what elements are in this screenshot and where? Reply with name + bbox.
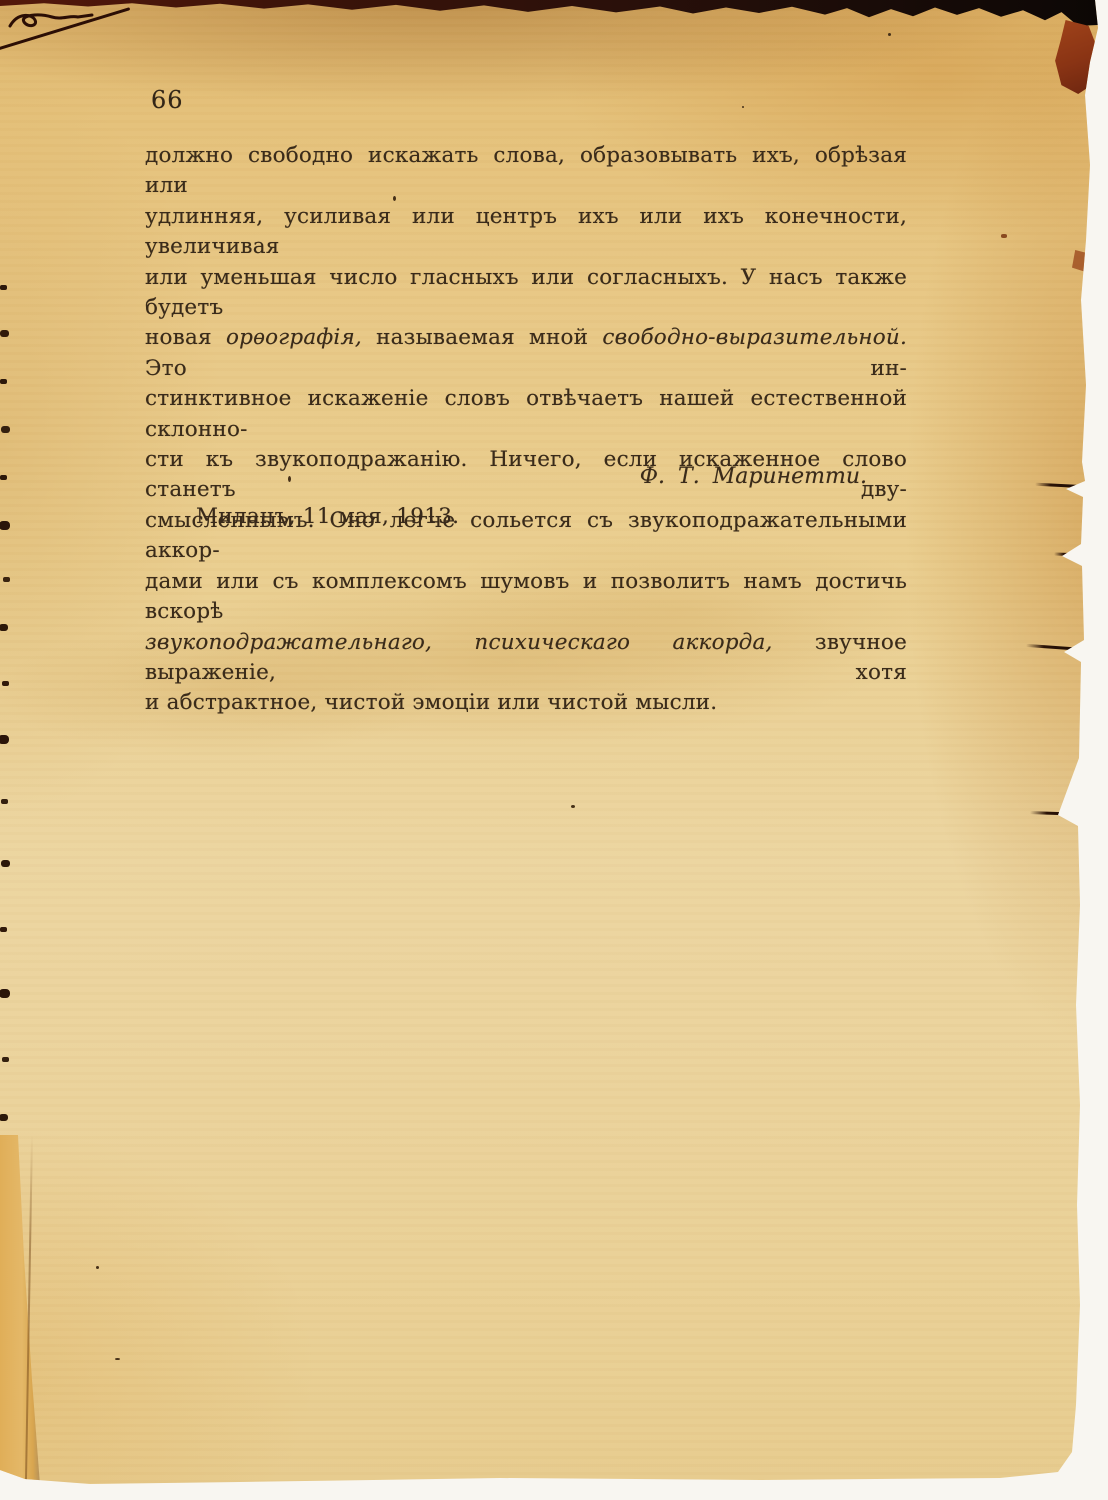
signature-line: Ф. Т. Маринетти.: [145, 464, 907, 489]
scanned-book-page: 66 должно свободно искажать слова, образ…: [0, 0, 1108, 1500]
torn-paper-chip: [1072, 250, 1088, 272]
text-line: удлинняя, усиливая или центръ ихъ или их…: [145, 202, 907, 263]
text-line: и абстрактное, чистой эмоціи или чистой …: [145, 688, 907, 718]
binding-edge-strip: [0, 0, 1100, 27]
page-number: 66: [151, 86, 184, 114]
edge-tear: [1026, 644, 1086, 651]
torn-paper-patch: [1053, 20, 1095, 94]
ink-speck: [96, 1266, 99, 1269]
paper-sheet: 66 должно свободно искажать слова, образ…: [0, 0, 1100, 1488]
ink-speck: [888, 33, 891, 36]
text-line: стинктивное искаженіе словъ отвѣчаетъ на…: [145, 384, 907, 445]
text-line: новая орѳографія, называемая мной свобод…: [145, 323, 907, 384]
text-line: должно свободно искажать слова, образовы…: [145, 141, 907, 202]
pen-squiggle-mark: [2, 2, 142, 42]
ink-speck: [742, 106, 744, 108]
edge-tear: [1035, 483, 1087, 489]
text-line: звукоподражательнаго, психическаго аккор…: [145, 628, 907, 689]
edge-tear: [1054, 552, 1086, 556]
binding-tear-marks: [0, 285, 7, 290]
edge-tear: [1030, 811, 1086, 816]
ink-speck: [115, 1358, 120, 1360]
ink-speck: [571, 805, 575, 808]
dateline: Миланъ, 11 мая, 1913.: [196, 504, 459, 529]
text-line: или уменьшая число гласныхъ или согласны…: [145, 263, 907, 324]
text-line: дами или съ комплексомъ шумовъ и позволи…: [145, 567, 907, 628]
underlying-page-edge: [0, 1135, 40, 1485]
stain-speck: [1001, 234, 1007, 238]
paragraph: должно свободно искажать слова, образовы…: [145, 141, 907, 719]
